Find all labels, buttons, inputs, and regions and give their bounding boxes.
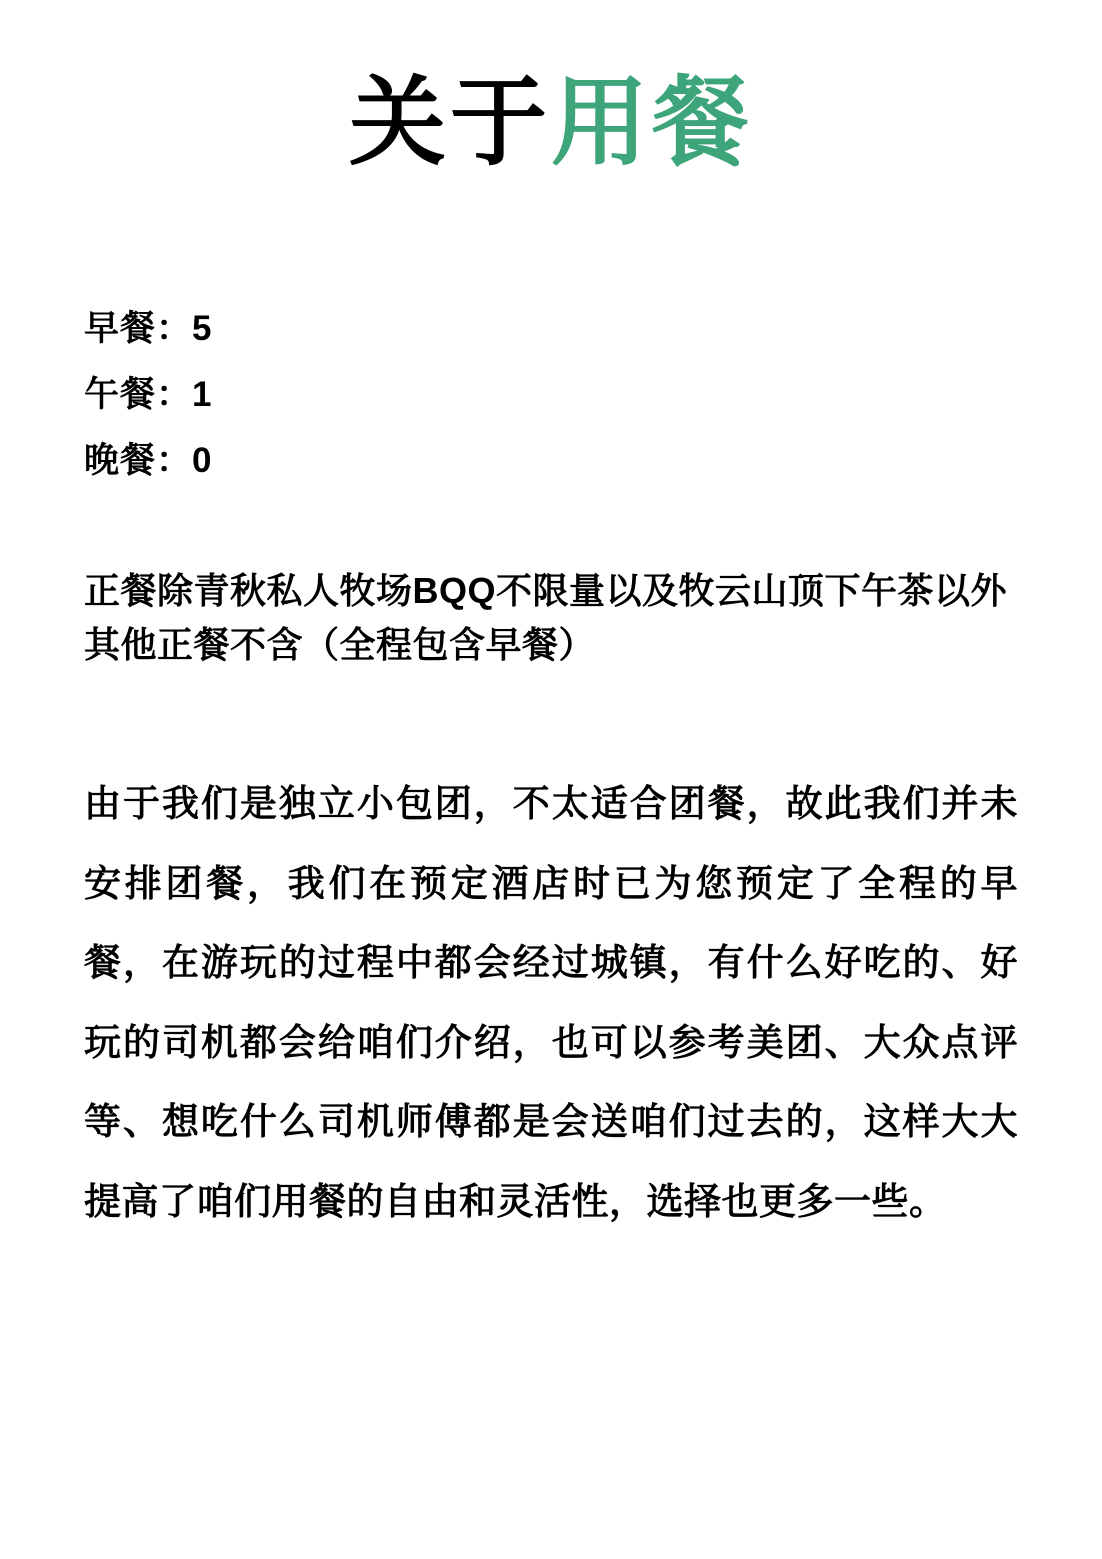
meal-line-lunch: 午餐：1 <box>84 377 1018 412</box>
meal-description-paragraph: 由于我们是独立小包团，不太适合团餐，故此我们并未安排团餐，我们在预定酒店时已为您… <box>84 764 1018 1241</box>
meal-inclusion-note: 正餐除青秋私人牧场BQQ不限量以及牧云山顶下午茶以外其他正餐不含（全程包含早餐） <box>84 564 1018 672</box>
page-title-prefix: 关于 <box>349 68 551 177</box>
page-title-highlight: 用餐 <box>551 68 753 177</box>
page-title: 关于用餐 <box>84 0 1018 183</box>
document-page: 关于用餐 早餐：5 午餐：1 晚餐：0 正餐除青秋私人牧场BQQ不限量以及牧云山… <box>0 0 1102 1559</box>
meal-counts: 早餐：5 午餐：1 晚餐：0 <box>84 311 1018 478</box>
meal-line-dinner: 晚餐：0 <box>84 443 1018 478</box>
meal-line-breakfast: 早餐：5 <box>84 311 1018 346</box>
